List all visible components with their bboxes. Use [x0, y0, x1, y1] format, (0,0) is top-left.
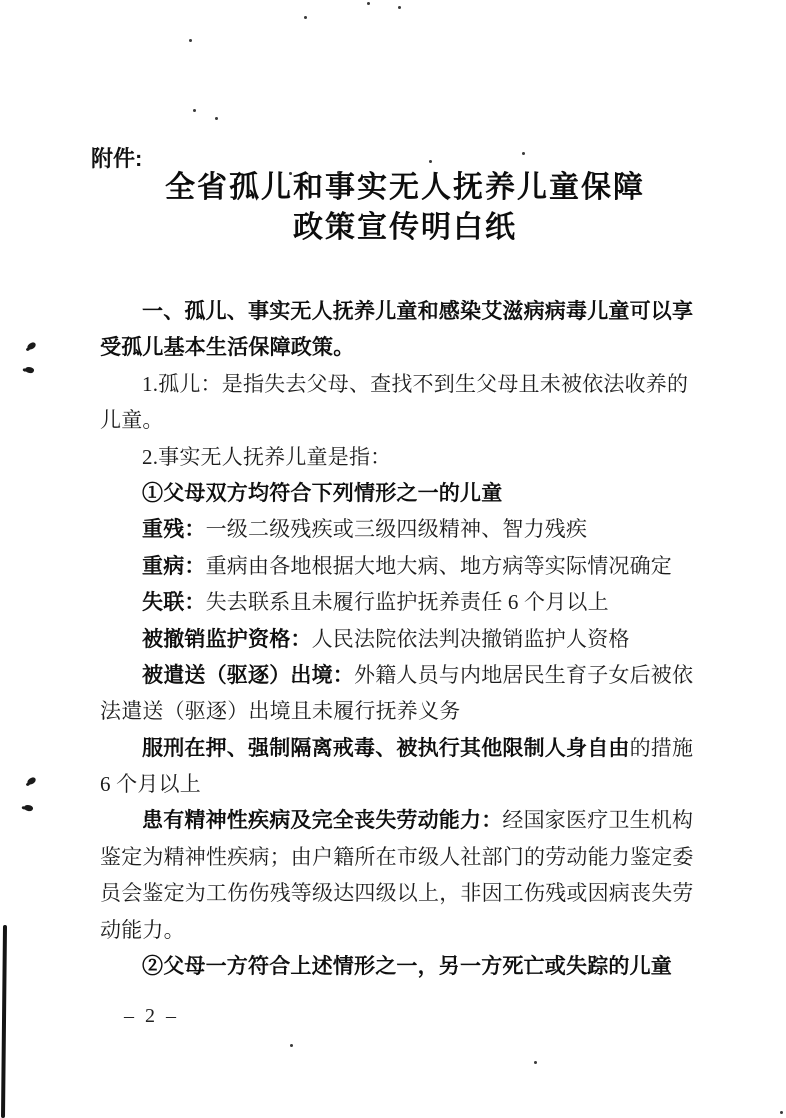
scan-speck	[304, 16, 307, 19]
body-text: 儿童。	[100, 408, 164, 432]
paragraph-line: 法遣送（驱逐）出境且未履行抚养义务	[100, 693, 700, 729]
paragraph-line: 重残：一级二级残疾或三级四级精神、智力残疾	[100, 511, 700, 547]
scan-edge-line	[1, 925, 7, 1118]
body-text: 员会鉴定为工伤伤残等级达四级以上，非因工伤残或因病丧失劳	[100, 881, 694, 905]
body-text: 鉴定为精神性疾病；由户籍所在市级人社部门的劳动能力鉴定委	[100, 845, 694, 869]
document-body: 一、孤儿、事实无人抚养儿童和感染艾滋病病毒儿童可以享 受孤儿基本生活保障政策。 …	[100, 293, 700, 984]
paragraph-line: ①父母双方均符合下列情形之一的儿童	[100, 475, 700, 511]
paragraph-line: 失联：失去联系且未履行监护抚养责任 6 个月以上	[100, 584, 700, 620]
scanned-document-page: { "page": { "attachment_label": "附件:", "…	[0, 0, 786, 1118]
paragraph-line: 重病：重病由各地根据大地大病、地方病等实际情况确定	[100, 548, 700, 584]
paragraph-line: 一、孤儿、事实无人抚养儿童和感染艾滋病病毒儿童可以享	[100, 293, 700, 329]
ink-smudge	[24, 366, 34, 374]
ink-smudge	[26, 776, 37, 785]
page-number: – 2 –	[124, 1005, 179, 1028]
paragraph-line: 受孤儿基本生活保障政策。	[100, 329, 700, 365]
title-line-1: 全省孤儿和事实无人抚养儿童保障	[12, 168, 786, 208]
paragraph-line: 6 个月以上	[100, 766, 700, 802]
paragraph-line: 员会鉴定为工伤伤残等级达四级以上，非因工伤残或因病丧失劳	[100, 875, 700, 911]
document-title: 全省孤儿和事实无人抚养儿童保障 政策宣传明白纸	[12, 168, 786, 248]
bold-text: 一、孤儿、事实无人抚养儿童和感染艾滋病病毒儿童可以享	[142, 300, 693, 323]
paragraph-line: 被遣送（驱逐）出境：外籍人员与内地居民生育子女后被依	[100, 657, 700, 693]
paragraph-line: 被撤销监护资格：人民法院依法判决撤销监护人资格	[100, 621, 700, 657]
paragraph-line: 服刑在押、强制隔离戒毒、被执行其他限制人身自由的措施	[100, 730, 700, 766]
scan-speck	[193, 109, 196, 112]
scan-speck	[215, 117, 218, 120]
body-text: 6 个月以上	[100, 772, 201, 796]
body-text: 重病由各地根据大地大病、地方病等实际情况确定	[206, 554, 672, 578]
scan-speck	[289, 172, 292, 175]
paragraph-line: 鉴定为精神性疾病；由户籍所在市级人社部门的劳动能力鉴定委	[100, 839, 700, 875]
bold-text: 受孤儿基本生活保障政策。	[100, 336, 354, 359]
scan-speck	[189, 39, 192, 42]
paragraph-line: 2.事实无人抚养儿童是指：	[100, 439, 700, 475]
bold-text: 重残：	[142, 518, 206, 541]
body-text: 一级二级残疾或三级四级精神、智力残疾	[206, 517, 588, 541]
body-text: 法遣送（驱逐）出境且未履行抚养义务	[100, 699, 460, 723]
scan-speck	[398, 6, 401, 9]
body-text: 经国家医疗卫生机构	[502, 808, 693, 832]
scan-speck	[367, 2, 370, 5]
title-line-2: 政策宣传明白纸	[12, 208, 786, 248]
body-text: 的措施	[630, 736, 694, 760]
ink-smudge	[23, 804, 34, 813]
paragraph-line: 1.孤儿：是指失去父母、查找不到生父母且未被依法收养的	[100, 366, 700, 402]
paragraph-line: 儿童。	[100, 402, 700, 438]
paragraph-line: ②父母一方符合上述情形之一，另一方死亡或失踪的儿童	[100, 948, 700, 984]
bold-text: ①父母双方均符合下列情形之一的儿童	[142, 482, 502, 505]
scan-speck	[290, 1044, 293, 1047]
body-text: 2.事实无人抚养儿童是指：	[142, 445, 391, 469]
bold-text: 被遣送（驱逐）出境：	[142, 664, 354, 687]
bold-text: 服刑在押、强制隔离戒毒、被执行其他限制人身自由	[142, 737, 630, 760]
body-text: 外籍人员与内地居民生育子女后被依	[354, 663, 693, 687]
bold-text: 失联：	[142, 591, 206, 614]
body-text: 动能力。	[100, 918, 185, 942]
scan-speck	[534, 1061, 537, 1064]
body-text: 失去联系且未履行监护抚养责任 6 个月以上	[206, 590, 609, 614]
paragraph-line: 患有精神性疾病及完全丧失劳动能力：经国家医疗卫生机构	[100, 802, 700, 838]
scan-speck	[522, 152, 525, 155]
bold-text: 被撤销监护资格：	[142, 628, 312, 651]
paragraph-line: 动能力。	[100, 912, 700, 948]
body-text: 人民法院依法判决撤销监护人资格	[312, 627, 630, 651]
ink-smudge	[26, 341, 37, 350]
bold-text: 患有精神性疾病及完全丧失劳动能力：	[142, 809, 502, 832]
scan-speck	[780, 1111, 783, 1114]
bold-text: ②父母一方符合上述情形之一，另一方死亡或失踪的儿童	[142, 955, 672, 978]
scan-speck	[429, 160, 432, 163]
scan-speck	[337, 171, 340, 174]
bold-text: 重病：	[142, 555, 206, 578]
body-text: 1.孤儿：是指失去父母、查找不到生父母且未被依法收养的	[142, 372, 688, 396]
